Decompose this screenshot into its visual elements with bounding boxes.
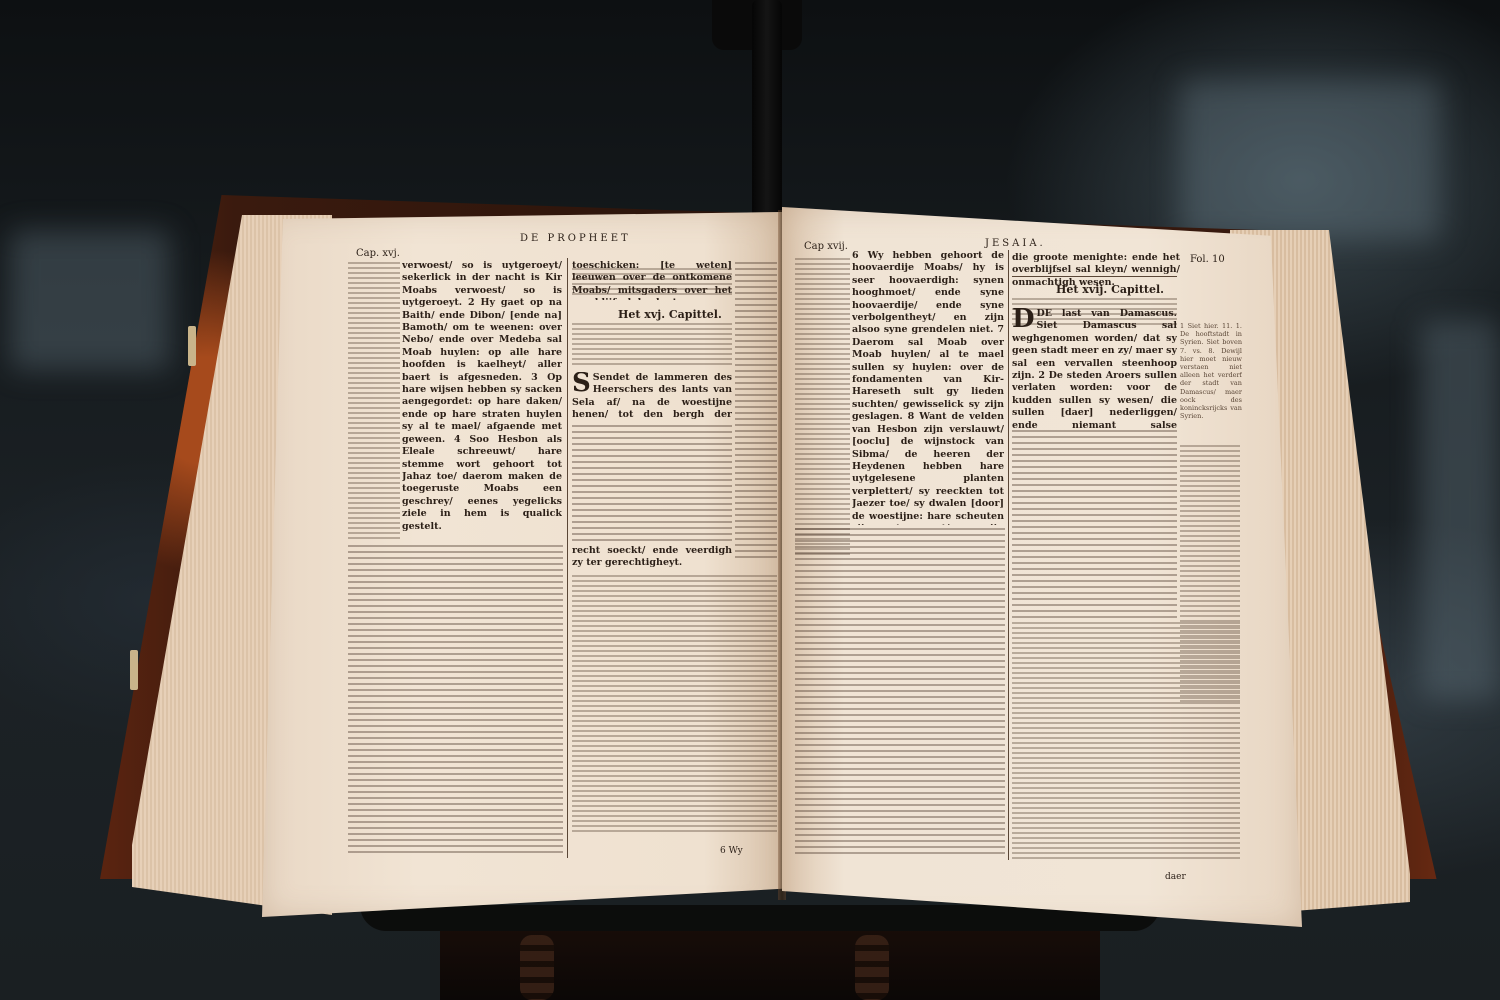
left-catchword: 6 Wy bbox=[720, 846, 743, 856]
right-footnotes bbox=[1012, 622, 1240, 862]
lectern-rail bbox=[360, 905, 1160, 931]
drop-cap-letter: D bbox=[1012, 308, 1035, 330]
left-chapter-title: Het xvj. Capittel. bbox=[618, 308, 722, 321]
right-margin-notes bbox=[795, 258, 850, 558]
lectern-spindle bbox=[520, 935, 554, 1000]
left-margin-notes-2 bbox=[735, 262, 777, 562]
left-column-2-continued bbox=[572, 425, 732, 545]
left-running-head: DE PROPHEET bbox=[520, 233, 631, 244]
left-column-1-continued bbox=[348, 545, 563, 855]
right-chapter-title: Het xvij. Capittel. bbox=[1056, 283, 1164, 296]
right-column-1-continued bbox=[795, 528, 1005, 858]
photo-scene: DE PROPHEET Cap. xvj. verwoest/ so is uy… bbox=[0, 0, 1500, 1000]
left-footnotes bbox=[572, 575, 777, 835]
right-margin-note: 1 Siet hier. 11. 1. De hooftstadt in Syr… bbox=[1180, 322, 1242, 442]
section-rule bbox=[1012, 276, 1177, 277]
left-chapter-ref: Cap. xvj. bbox=[356, 248, 400, 259]
lectern-spindle bbox=[855, 935, 889, 1000]
left-column-2-verse-1: SSendet de lammeren des Heerschers des l… bbox=[572, 372, 732, 422]
column-divider bbox=[567, 258, 568, 858]
column-divider bbox=[1008, 250, 1009, 860]
right-column-2-continued bbox=[1012, 430, 1177, 620]
cover-clasp-hinge bbox=[130, 650, 138, 690]
verse-1-text: Sendet de lammeren des Heerschers des la… bbox=[572, 372, 732, 422]
left-column-2-closing: recht soeckt/ ende veerdigh zy ter gerec… bbox=[572, 545, 732, 571]
drop-cap-letter: S bbox=[572, 372, 591, 394]
right-running-head: JESAIA. bbox=[985, 238, 1046, 249]
right-column-1-text: 6 Wy hebben gehoort de hoovaerdije Moabs… bbox=[852, 250, 1004, 525]
left-column-2-notes bbox=[572, 268, 732, 298]
lectern-post bbox=[752, 0, 782, 230]
right-column-2-verse-1: DDE last van Damascus. Siet Damascus sal… bbox=[1012, 308, 1177, 428]
background-window-light bbox=[1420, 320, 1500, 700]
left-margin-notes bbox=[348, 262, 400, 542]
left-column-1-text: verwoest/ so is uytgeroeyt/ sekerlick in… bbox=[402, 260, 562, 540]
background-window-light bbox=[10, 230, 170, 370]
folio-number: Fol. 10 bbox=[1190, 254, 1225, 265]
right-catchword: daer bbox=[1165, 872, 1186, 882]
verse-1-text: DE last van Damascus. Siet Damascus sal … bbox=[1012, 308, 1177, 428]
cover-clasp-hinge bbox=[188, 326, 196, 366]
background-window-light bbox=[1180, 80, 1440, 240]
right-chapter-ref: Cap xvij. bbox=[804, 241, 848, 252]
chapter-summary bbox=[572, 323, 732, 368]
